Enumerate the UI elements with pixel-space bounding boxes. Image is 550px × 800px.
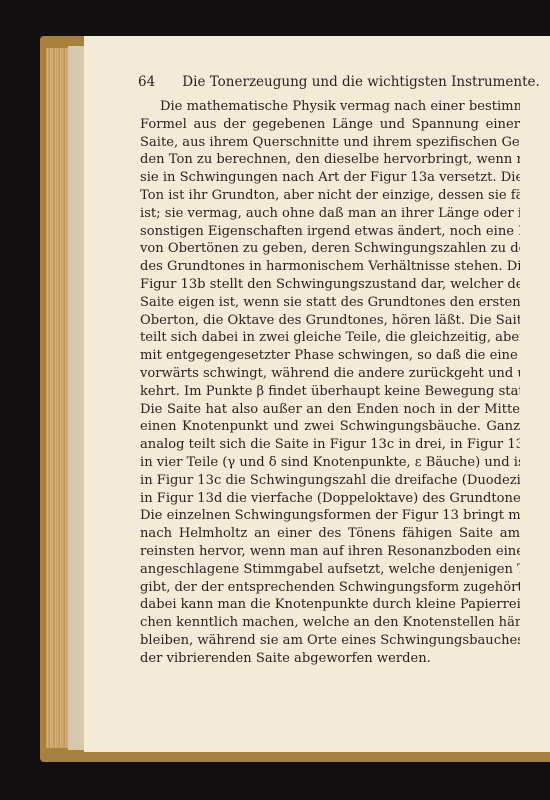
- text-line: mit entgegengesetzter Phase schwingen, s…: [140, 347, 520, 365]
- text-line: in vier Teile (γ und δ sind Knotenpunkte…: [140, 454, 520, 472]
- text-line: Oberton, die Oktave des Grundtones, höre…: [140, 312, 520, 330]
- text-line: Die mathematische Physik vermag nach ein…: [140, 98, 520, 116]
- text-line: Saite, aus ihrem Querschnitte und ihrem …: [140, 134, 520, 152]
- text-line: Figur 13b stellt den Schwingungszustand …: [140, 276, 520, 294]
- text-line: analog teilt sich die Saite in Figur 13c…: [140, 436, 520, 454]
- running-header: 64 Die Tonerzeugung und die wichtigsten …: [138, 74, 518, 90]
- text-line: dabei kann man die Knotenpunkte durch kl…: [140, 596, 520, 614]
- text-line: in Figur 13d die vierfache (Doppeloktave…: [140, 490, 520, 508]
- text-line: kehrt. Im Punkte β findet überhaupt kein…: [140, 383, 520, 401]
- text-line: gibt, der der entsprechenden Schwingungs…: [140, 579, 520, 597]
- text-line: sie in Schwingungen nach Art der Figur 1…: [140, 169, 520, 187]
- body-text: Die mathematische Physik vermag nach ein…: [140, 98, 520, 668]
- text-line: der vibrierenden Saite abgeworfen werden…: [140, 650, 520, 668]
- text-line: Ton ist ihr Grundton, aber nicht der ein…: [140, 187, 520, 205]
- text-line: vorwärts schwingt, während die andere zu…: [140, 365, 520, 383]
- page-number: 64: [138, 74, 178, 90]
- text-line: chen kenntlich machen, welche an den Kno…: [140, 614, 520, 632]
- text-line: angeschlagene Stimmgabel aufsetzt, welch…: [140, 561, 520, 579]
- header-title: Die Tonerzeugung und die wichtigsten Ins…: [182, 74, 540, 90]
- text-line: sonstigen Eigenschaften irgend etwas änd…: [140, 223, 520, 241]
- text-line: teilt sich dabei in zwei gleiche Teile, …: [140, 329, 520, 347]
- text-line: Saite eigen ist, wenn sie statt des Grun…: [140, 294, 520, 312]
- text-line: ist; sie vermag, auch ohne daß man an ih…: [140, 205, 520, 223]
- text-line: von Obertönen zu geben, deren Schwingung…: [140, 240, 520, 258]
- text-line: Formel aus der gegebenen Länge und Spann…: [140, 116, 520, 134]
- text-line: einen Knotenpunkt und zwei Schwingungsbä…: [140, 418, 520, 436]
- text-line: des Grundtones in harmonischem Verhältni…: [140, 258, 520, 276]
- text-line: nach Helmholtz an einer des Tönens fähig…: [140, 525, 520, 543]
- text-line: bleiben, während sie am Orte eines Schwi…: [140, 632, 520, 650]
- text-line: in Figur 13c die Schwingungszahl die dre…: [140, 472, 520, 490]
- text-line: reinsten hervor, wenn man auf ihren Reso…: [140, 543, 520, 561]
- text-line: den Ton zu berechnen, den dieselbe hervo…: [140, 151, 520, 169]
- text-line: Die Saite hat also außer an den Enden no…: [140, 401, 520, 419]
- text-line: Die einzelnen Schwingungsformen der Figu…: [140, 507, 520, 525]
